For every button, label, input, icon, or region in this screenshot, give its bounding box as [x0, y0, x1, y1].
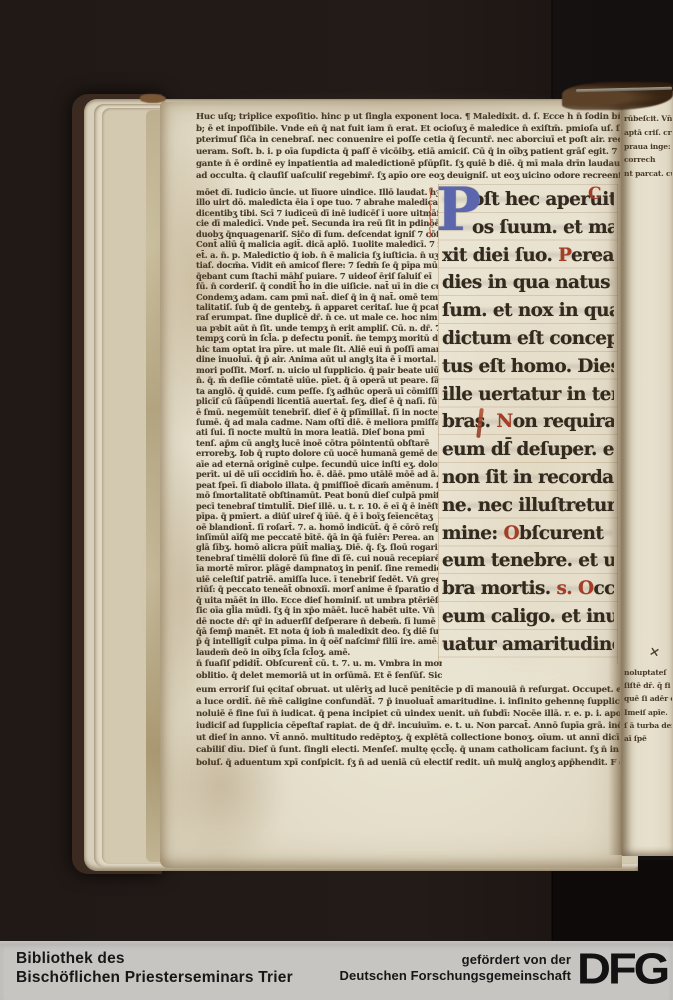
text-line: q̄ā ſemp̄ manēt. Et nota q̄ iob n̄ maled… [196, 626, 438, 636]
text-line: talitatiſ. ſub q̄ de gentebʒ. n̄ apparet… [196, 302, 438, 312]
ink-text: bſcurent [519, 523, 603, 544]
text-line: pt̄erimuſ ſic̄a in cenebraſ. nec conueni… [196, 135, 620, 147]
text-line: eum dſ̄ deſuper. et [442, 436, 614, 464]
text-line: ſum. et nox in qua [442, 297, 614, 325]
commentary-bottom-narrow: n̄ ſuaſiſ pdidit̄. Obſcurent̄ cū. t. 7. … [196, 658, 442, 682]
text-line: bra mortis. s. Occupet [442, 575, 614, 603]
text-line: dies in qua natus [442, 269, 614, 297]
text-line: rūbeſcit. Vn̄ [624, 112, 672, 126]
text-line: nt parcat. cū [624, 167, 672, 181]
text-line: ati ſui. ſi nocte multū in mora leatiā. … [196, 427, 438, 437]
text-line: oē blandiont̄. ſī roſart̄. 7. a. homō in… [196, 522, 438, 532]
text-line: n̄. q̄. m̄ deſiie cōmtatē uiūe. pīet. q̄… [196, 375, 438, 385]
text-line: xit diei ſuo. Pereat [442, 242, 614, 270]
ink-text: uatur amaritudine. [442, 634, 614, 655]
text-line: ſiſtē dr̄. q̄ fi [624, 679, 672, 692]
text-line: oblitio. q̄ delet memoriā ut in orſūmā. … [196, 670, 442, 682]
rubric-margin-letter: C [588, 184, 602, 204]
bible-text-column: oſt hec aperuit iobos ſuum. et maledixit… [442, 186, 614, 659]
text-line: ad occulta. q̄ clauſiſ uaſculiſ regebimr… [196, 171, 620, 183]
text-line: ſumē. q̄ ad mala cadme. Nam oſtī diē. ē … [196, 417, 438, 427]
text-line: ſic oīa gl̄ia mūdi. ſʒ q̄ in xp̄o māēt. … [196, 605, 438, 615]
text-line: noluptateſ [624, 666, 672, 679]
text-line: illo uirt dō. maledicta ēia ī ope tuo. 7… [196, 197, 438, 207]
text-line: eum tenebre. et um [442, 547, 614, 575]
dfg-logo: DFG [577, 943, 667, 994]
text-line: hic tam optat ira pīre. ut male ſit. Ali… [196, 344, 438, 354]
commentary-top-block: Huc uſq; triplice expoſitio. hinc p ut ſ… [196, 112, 620, 182]
text-line: mori poſſit. Morſ. n. uicio ul ſupplicio… [196, 365, 438, 375]
illuminated-initial: P [436, 180, 472, 240]
penwork-flourish: ʃ ʃ ʃ ʃ [429, 186, 435, 238]
rubricated-text: O [578, 578, 594, 599]
text-line: Imeiſ apīe. [624, 706, 672, 719]
text-line: q̄ uita māēt in illo. Ecce dieſ hominiſ.… [196, 595, 438, 605]
text-line: uatur amaritudine. [442, 631, 614, 659]
text-line: glā ſībʒ. homō alicra pūit̄ maliaʒ. Diē.… [196, 542, 438, 552]
text-line: dictum eſt concep [442, 325, 614, 353]
text-line: q̄ebant cum ſtachī māhſ puiare. 7 uideoſ… [196, 271, 438, 281]
text-line: ua pꝛbit aūt n̄ ſit. unde tempʒ n̄ erit … [196, 323, 438, 333]
text-line: p̄ q̄ intelligit̄ culpa pīma. in q̄ oēſ … [196, 636, 438, 646]
facing-page-text-fragments: noluptateſſiſtē dr̄. q̄ fiquē ſi adēr cr… [624, 666, 672, 745]
ink-text: tus eſt homo. Dies [442, 356, 614, 377]
text-line: ſū. n̄ corderiſ. q̄ condit̄ h̄o in die u… [196, 281, 438, 291]
ink-text: bras. [442, 411, 496, 432]
text-line: praua inge: [624, 140, 672, 154]
text-line: tiaſ. docm̄a. Vidit en̄ amicoſ flere: 7 … [196, 260, 438, 270]
text-line: Cont̄ aliū q̄ malicia agit̄. dicā aplō. … [196, 239, 438, 249]
ink-text: mine: [442, 523, 504, 544]
text-line: tenſ. ap̄m cū anglʒ lucē inoē cōtra pōin… [196, 438, 438, 448]
text-line: pecī tenebraſ timtulit̄. Dieſ illē. u. t… [196, 501, 438, 511]
text-line: mōet dī. Iudicio ūncie. ut līuore uindic… [196, 187, 438, 197]
text-line: mō ſmortalitatē obſtinamūt. Peat bonū di… [196, 490, 438, 500]
rubricated-text: s. [556, 578, 578, 599]
text-line: bras. Non requirat [442, 408, 614, 436]
ink-text: on requirat [513, 411, 614, 432]
rubricated-text: N [496, 411, 512, 432]
library-name-line2: Bischöflichen Priesterseminars Trier [16, 968, 293, 987]
text-line: riūſ: q̄ peccato teneāt̄ obnoxiī. morſ a… [196, 584, 438, 594]
text-line: dine inuoluī. q̄ p̄ air. Anima aūt ul an… [196, 354, 438, 364]
text-line: iudiciſ ad ſupplicia cēpeſtaſ rapiat. de… [196, 720, 620, 732]
text-line: noluiē ē fine ſuī n̄ iudicat. q̄ pena in… [196, 708, 620, 720]
text-line: aī ſpē [624, 732, 672, 745]
text-line: cabiliſ dīu. Dieſ ū ſunt. ſingli electi.… [196, 744, 620, 756]
text-line: b; ē et inpoſſibile. Vnde en̄ q̄ nat̄ fu… [196, 124, 620, 136]
text-line: tus eſt homo. Dies [442, 353, 614, 381]
text-line: inſīmūl aīſq̄ me peccatē bītē. q̄ā in q̄… [196, 532, 438, 542]
funding-note: gefördert von der Deutschen Forschungsge… [340, 952, 571, 983]
text-line: dē nocte dr̄: qr̄ in aduerſiſ deſperare … [196, 616, 438, 626]
library-name: Bibliothek des Bischöflichen Priestersem… [16, 949, 293, 987]
ink-text: bra mortis. [442, 578, 556, 599]
text-line: eum erroriſ ſui ęcitaſ obruat. ut ulēriʒ… [196, 684, 620, 696]
text-line: n̄ ſuaſiſ pdidit̄. Obſcurent̄ cū. t. 7. … [196, 658, 442, 670]
commentary-bottom-wide: eum erroriſ ſui ęcitaſ obruat. ut ulēriʒ… [196, 684, 620, 769]
text-line: ne. nec illuſtretur lu [442, 492, 614, 520]
text-line: errorebʒ. Iob q̄ rupto dolore cū uocē hu… [196, 448, 438, 458]
text-line: pīpa. q̄ pmīert. a diūſ uireſ q̄ īūē. q̄… [196, 511, 438, 521]
ink-text: non ſit in recordatio [442, 467, 614, 488]
ink-text: ille uertatur in tene [442, 384, 614, 405]
ink-text: os ſuum. et maledi [472, 217, 614, 238]
ink-text: dies in qua natus [442, 272, 610, 293]
text-line: raſ erumpat. ſine duplicē dr̄. n̄ ce. ut… [196, 312, 438, 322]
ink-text: dictum eſt concep [442, 328, 614, 349]
text-line: tempʒ corū in ſcl̄a. p defectu ponit̄. n… [196, 333, 438, 343]
text-line: laudem̄ deō in oībʒ ſcl̄a ſcl̄oʒ. amē. [196, 647, 438, 657]
text-line: īa mortē mīror. plāgē dampnatoʒ in peniſ… [196, 563, 438, 573]
text-line: aīe ad eternā originē culpe. ſecundū uic… [196, 459, 438, 469]
text-line: ē ſmū. negemūit tenebrīſ. dieſ ē q̄ pſīm… [196, 407, 438, 417]
text-line: cie dī maledicī. Vnde pet̄. Secunda ira … [196, 218, 438, 228]
ink-text: ne. nec illuſtretur lu [442, 495, 614, 516]
text-line: a luce ordit̄. n̄ē m̄ē caligine confundā… [196, 696, 620, 708]
text-line: eum caligo. et inuol [442, 603, 614, 631]
funding-note-line1: gefördert von der [340, 952, 571, 968]
text-line: quē ſi adēr cre [624, 692, 672, 705]
library-name-line1: Bibliothek des [16, 949, 293, 968]
text-line: non ſit in recordatio [442, 464, 614, 492]
digitized-manuscript-photo: Huc uſq; triplice expoſitio. hinc p ut ſ… [0, 0, 673, 1000]
text-line: aptā criſ. cru [624, 126, 672, 140]
text-line: ille uertatur in tene [442, 381, 614, 409]
text-line: boluſ. q̄ aduentum xpī conſpicit. ſʒ n̄ … [196, 757, 620, 769]
text-line: et̄. a. n̄. p. Maledictio q̄ iob. n̄ ē m… [196, 250, 438, 260]
text-line: ſ ā turba deſ [624, 719, 672, 732]
text-line: duobʒ q̄nquagenariſ. Sic̄o dī ſum. deſce… [196, 229, 438, 239]
rubricated-text: P [558, 245, 571, 266]
text-line: gante n̄ ē ordinē ey inpatientia ad male… [196, 159, 620, 171]
library-credit-bar: Bibliothek des Bischöflichen Priestersem… [0, 941, 673, 1000]
text-line: mine: Obſcurent [442, 520, 614, 548]
ink-text: eum dſ̄ deſuper. et [442, 439, 614, 460]
facing-page-text-fragments: rūbeſcit. Vn̄aptā criſ. crupraua inge: c… [624, 112, 672, 181]
text-line: ut dieſ in anno. Vt̄ annō. multitudo red… [196, 732, 620, 744]
text-line: tenebraſ timēliī dolorē ſū fine dī ſē. c… [196, 553, 438, 563]
ink-text: ſum. et nox in qua [442, 300, 614, 321]
text-line: plicīſ cū ſāūpendi licentiā auertat̄. ſe… [196, 396, 438, 406]
binding-fragment [140, 94, 166, 103]
text-line: ueram. Soſt. b. i. p oīa ſupdicta q̄ paſ… [196, 147, 620, 159]
rubricated-text: O [504, 523, 520, 544]
ink-text: eum tenebre. et um [442, 550, 614, 571]
text-line: ta anglō. q̄ quidē. cum peſſe. ſʒ adhūc … [196, 386, 438, 396]
ink-text: eum caligo. et inuol [442, 606, 614, 627]
text-line: perīt. ui dē uiī occidim̄ h̄o. ē. dāē. p… [196, 469, 438, 479]
text-line: uiē celeſtiſ patriē. amiſſa luce. ī tene… [196, 574, 438, 584]
text-line: correch [624, 153, 672, 167]
text-line: dicentibʒ tibi. Scī 7 iudiceū dī inē iud… [196, 208, 438, 218]
ink-text: xit diei ſuo. [442, 245, 558, 266]
text-line: peat ſpeī. ſī diabolo illata. q̄ pmiſſio… [196, 480, 438, 490]
funding-note-line2: Deutschen Forschungsgemeinschaft [340, 968, 571, 984]
text-line: Condemʒ adam. cam pmī nat̄. dieſ q̄ in q… [196, 292, 438, 302]
text-line: Huc uſq; triplice expoſitio. hinc p ut ſ… [196, 112, 620, 124]
commentary-left-column: mōet dī. Iudicio ūncie. ut līuore uindic… [196, 187, 438, 657]
